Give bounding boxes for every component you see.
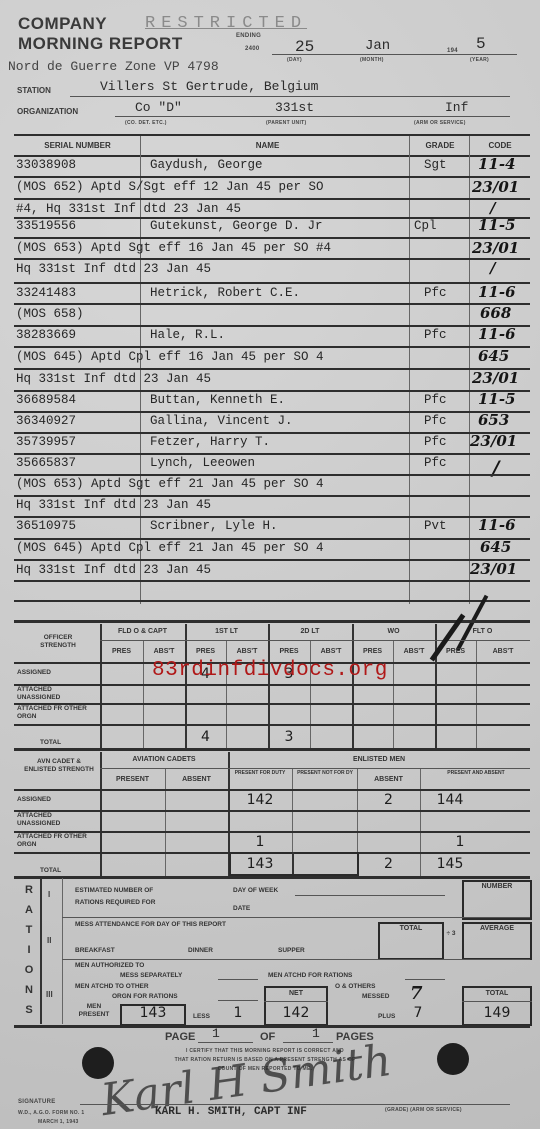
soldier-name: Hetrick, Robert C.E.	[150, 286, 300, 300]
serial-number: 33519556	[16, 219, 76, 233]
serial-number: 33038908	[16, 158, 76, 172]
rations-letter: T	[22, 924, 36, 936]
soldier-name: Scribner, Lyle H.	[150, 519, 278, 533]
location-note: Nord de Guerre Zone VP 4798	[8, 59, 219, 74]
station-label: STATION	[17, 86, 51, 95]
section-iii-numeral: III	[46, 990, 53, 999]
group-enlisted-men: ENLISTED MEN	[228, 756, 530, 763]
enlisted-strength-title: AVN CADET & ENLISTED STRENGTH	[24, 758, 94, 774]
divide-by-three: ÷ 3	[446, 930, 456, 938]
row-assigned: ASSIGNED	[17, 796, 51, 804]
status-code: 668	[480, 304, 511, 322]
dinner-label: DINNER	[188, 947, 213, 955]
total-label: TOTAL	[378, 925, 444, 932]
company-value: Co "D"	[135, 100, 182, 115]
enlisted-assigned-absent: 2	[357, 792, 420, 808]
men-present-label: MEN PRESENT	[78, 1003, 110, 1019]
signer-name: KARL H. SMITH, CAPT INF	[155, 1106, 307, 1118]
officer-total-2d-lt: 3	[268, 729, 310, 745]
status-code: 23/01	[472, 178, 519, 196]
ration-total-label: TOTAL	[462, 990, 532, 997]
soldier-grade: Cpl	[414, 219, 437, 233]
plus-label: PLUS	[378, 1013, 395, 1021]
status-code: 23/01	[470, 560, 517, 578]
remark-text: (MOS 652) Aptd S/Sgt eff 12 Jan 45 per S…	[16, 180, 324, 194]
row-total: TOTAL	[40, 739, 61, 747]
ending-label: ENDING	[236, 33, 261, 39]
col-present-not-for-duty: PRESENT NOT FOR DY	[294, 770, 356, 777]
row-attached-unassigned: ATTACHED UNASSIGNED	[17, 686, 87, 702]
soldier-name: Gaydush, George	[150, 158, 263, 172]
messed-value: 7	[410, 983, 423, 1004]
estimated-rations-label: ESTIMATED NUMBER OF	[75, 887, 153, 895]
company-caption: (CO. DET. ETC.)	[125, 120, 167, 126]
soldier-grade: Pvt	[424, 519, 447, 533]
row-attached-fr-other: ATTACHED FR OTHER ORGN	[17, 833, 87, 849]
form-title-company: COMPANY	[18, 14, 107, 34]
arm-value: Inf	[445, 100, 468, 115]
remark-text: (MOS 645) Aptd Cpl eff 16 Jan 45 per SO …	[16, 350, 324, 364]
soldier-name: Lynch, Leeowen	[150, 456, 255, 470]
subcol-pres: PRES	[268, 648, 310, 655]
status-code: 23/01	[472, 369, 519, 387]
men-authorized-label: MEN AUTHORIZED TO	[75, 962, 144, 970]
mess-attendance-label: MESS ATTENDANCE FOR DAY OF THIS REPORT	[75, 921, 226, 929]
col-cadet-absent: ABSENT	[165, 776, 228, 783]
page-label: PAGE	[165, 1031, 195, 1043]
remark-text: Hq 331st Inf dtd 23 Jan 45	[16, 563, 211, 577]
serial-number: 35665837	[16, 456, 76, 470]
status-code: 11-6	[478, 325, 516, 343]
status-code: 645	[478, 347, 509, 365]
enlisted-attached-present-absent: 1	[420, 834, 500, 850]
form-date: MARCH 1, 1943	[38, 1119, 79, 1125]
soldier-grade: Pfc	[424, 414, 447, 428]
serial-number: 36340927	[16, 414, 76, 428]
subcol-pres: PRES	[100, 648, 143, 655]
status-code: /	[490, 259, 495, 277]
men-present-value: 143	[120, 1005, 186, 1021]
soldier-name: Gutekunst, George D. Jr	[150, 219, 323, 233]
col-code: CODE	[472, 141, 528, 150]
remark-text: Hq 331st Inf dtd 23 Jan 45	[16, 262, 211, 276]
rations-letter: A	[22, 904, 36, 916]
year-prefix: 194	[447, 48, 458, 54]
status-code: 11-4	[478, 155, 516, 173]
signature-label: SIGNATURE	[18, 1099, 56, 1105]
subcol-pres: PRES	[185, 648, 226, 655]
enlisted-assigned-present-absent: 144	[420, 792, 480, 808]
report-day: 25	[295, 38, 314, 56]
serial-number: 33241483	[16, 286, 76, 300]
supper-label: SUPPER	[278, 947, 305, 955]
men-atchd-rations-label: MEN ATCHD FOR RATIONS	[268, 972, 352, 980]
less-label: LESS	[193, 1013, 210, 1021]
col-present-for-duty: PRESENT FOR DUTY	[230, 770, 290, 777]
rations-letter: N	[22, 984, 36, 996]
officer-col-2d-lt: 2D LT	[268, 628, 352, 635]
subcol-abst: ABS'T	[143, 648, 185, 655]
status-code: 653	[478, 411, 509, 429]
parent-unit-caption: (PARENT UNIT)	[266, 120, 306, 126]
col-name: NAME	[140, 141, 395, 150]
status-code: 23/01	[470, 432, 517, 450]
soldier-grade: Pfc	[424, 393, 447, 407]
soldier-name: Fetzer, Harry T.	[150, 435, 270, 449]
soldier-grade: Sgt	[424, 158, 447, 172]
time-label: 2400	[245, 46, 260, 52]
enlisted-assigned-present-duty: 142	[228, 792, 292, 808]
status-code: /	[490, 199, 495, 217]
section-ii-numeral: II	[47, 936, 51, 945]
report-month: Jan	[365, 38, 390, 54]
serial-number: 36510975	[16, 519, 76, 533]
row-assigned: ASSIGNED	[17, 669, 51, 677]
arm-caption: (ARM OR SERVICE)	[414, 120, 466, 126]
punch-hole-right	[437, 1043, 469, 1075]
officer-col-1st-lt: 1ST LT	[185, 628, 268, 635]
status-code: 11-6	[478, 283, 516, 301]
status-code: 11-6	[478, 516, 516, 534]
subcol-abst: ABS'T	[310, 648, 352, 655]
soldier-grade: Pfc	[424, 435, 447, 449]
mess-separately-label: MESS SEPARATELY	[120, 972, 182, 980]
morning-report-card: COMPANY MORNING REPORT RESTRICTED ENDING…	[0, 0, 540, 1129]
subcol-abst: ABS'T	[393, 648, 435, 655]
signer-caption: (GRADE) (ARM OR SERVICE)	[385, 1107, 462, 1113]
form-title-morning-report: MORNING REPORT	[18, 34, 183, 54]
subcol-abst: ABS'T	[226, 648, 268, 655]
estimated-rations-label-2: RATIONS REQUIRED FOR	[75, 899, 155, 907]
station-value: Villers St Gertrude, Belgium	[100, 79, 318, 94]
subcol-pres: PRES	[352, 648, 393, 655]
status-code: 11-5	[478, 390, 516, 408]
soldier-grade: Pfc	[424, 328, 447, 342]
day-of-week-label: DAY OF WEEK	[233, 887, 278, 895]
officer-col-fld-o-capt: FLD O & CAPT	[100, 628, 185, 635]
remark-text: (MOS 653) Aptd Sgt eff 16 Jan 45 per SO …	[16, 241, 331, 255]
rations-letter: I	[22, 944, 36, 956]
soldier-grade: Pfc	[424, 456, 447, 470]
plus-value: 7	[408, 1005, 428, 1021]
breakfast-label: BREAKFAST	[75, 947, 115, 955]
status-code: /	[492, 456, 499, 480]
orgn-for-rations-label: ORGN FOR RATIONS	[112, 993, 178, 1001]
less-value: 1	[228, 1005, 248, 1021]
enlisted-attached-present-duty: 1	[228, 834, 292, 850]
soldier-grade: Pfc	[424, 286, 447, 300]
men-atchd-other-label: MEN ATCHD TO OTHER	[75, 983, 149, 991]
soldier-name: Gallina, Vincent J.	[150, 414, 293, 428]
serial-number: 38283669	[16, 328, 76, 342]
col-cadet-present: PRESENT	[100, 776, 165, 783]
remark-text: #4, Hq 331st Inf dtd 23 Jan 45	[16, 202, 241, 216]
rations-letter: O	[22, 964, 36, 976]
remark-text: (MOS 658)	[16, 307, 84, 321]
row-total: TOTAL	[40, 867, 61, 875]
report-year: 5	[476, 35, 486, 53]
enlisted-total-present-absent: 145	[420, 856, 480, 872]
col-serial-number: SERIAL NUMBER	[20, 141, 135, 150]
section-i-numeral: I	[48, 890, 50, 899]
ration-total-value: 149	[462, 1005, 532, 1021]
soldier-name: Hale, R.L.	[150, 328, 225, 342]
officer-col-wo: WO	[352, 628, 435, 635]
group-aviation-cadets: AVIATION CADETS	[100, 756, 228, 763]
remark-text: (MOS 653) Aptd Sgt eff 21 Jan 45 per SO …	[16, 477, 324, 491]
col-present-and-absent: PRESENT AND ABSENT	[422, 770, 530, 777]
soldier-name: Buttan, Kenneth E.	[150, 393, 285, 407]
rations-letter: S	[22, 1004, 36, 1016]
status-code: 645	[480, 538, 511, 556]
number-label: NUMBER	[462, 883, 532, 890]
officer-total-1st-lt: 4	[185, 729, 226, 745]
parent-unit-value: 331st	[275, 100, 314, 115]
day-caption: (DAY)	[287, 57, 302, 63]
month-caption: (MONTH)	[360, 57, 384, 63]
average-label: AVERAGE	[462, 925, 532, 932]
col-grade: GRADE	[410, 141, 470, 150]
classification-stamp: RESTRICTED	[145, 14, 307, 33]
watermark: 83rdinfdivdocs.org	[152, 659, 388, 682]
status-code: 23/01	[472, 239, 519, 257]
row-attached-unassigned: ATTACHED UNASSIGNED	[17, 812, 87, 828]
subcol-abst: ABS'T	[476, 648, 530, 655]
form-id: W.D., A.G.O. FORM NO. 1	[18, 1110, 84, 1116]
enlisted-total-present-duty: 143	[228, 856, 292, 872]
serial-number: 35739957	[16, 435, 76, 449]
pages-value: 1	[312, 1026, 320, 1041]
messed-label: MESSED	[362, 993, 389, 1001]
col-enlisted-absent: ABSENT	[357, 776, 420, 783]
net-label: NET	[264, 990, 328, 997]
serial-number: 36689584	[16, 393, 76, 407]
remark-text: Hq 331st Inf dtd 23 Jan 45	[16, 372, 211, 386]
of-label: OF	[260, 1031, 275, 1043]
remark-text: Hq 331st Inf dtd 23 Jan 45	[16, 498, 211, 512]
row-attached-fr-other: ATTACHED FR OTHER ORGN	[17, 705, 87, 721]
remark-text: (MOS 645) Aptd Cpl eff 21 Jan 45 per SO …	[16, 541, 324, 555]
rations-letter: R	[22, 884, 36, 896]
organization-label: ORGANIZATION	[17, 107, 78, 116]
net-value: 142	[264, 1005, 328, 1021]
o-others-label: O & OTHERS	[335, 983, 375, 991]
date-label: DATE	[233, 905, 250, 913]
enlisted-total-absent: 2	[357, 856, 420, 872]
year-caption: (YEAR)	[470, 57, 489, 63]
officer-strength-title: OFFICER STRENGTH	[28, 634, 88, 650]
page-value: 1	[212, 1026, 220, 1041]
